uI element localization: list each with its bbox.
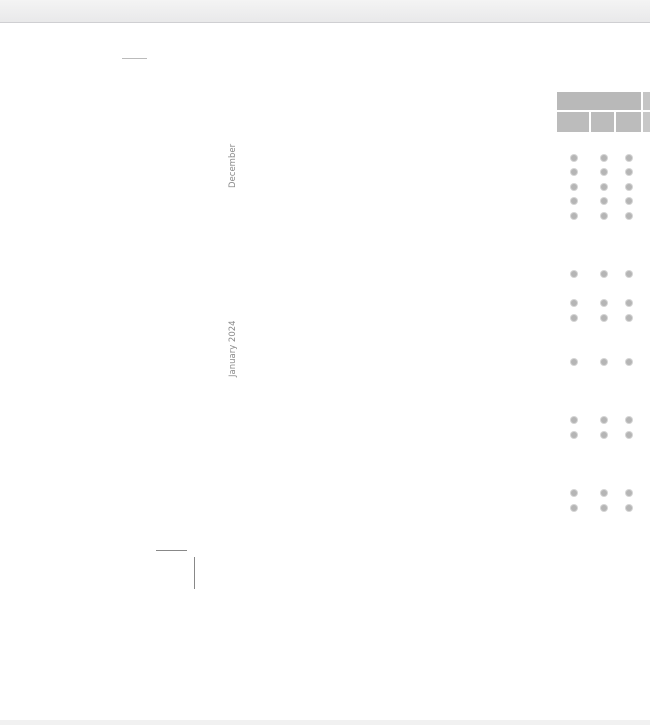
lkg-applicable-dot-icon bbox=[601, 271, 607, 277]
lkg-applicable-dot-icon bbox=[601, 505, 607, 511]
prekg-applicable-dot-icon bbox=[571, 198, 577, 204]
table-row bbox=[0, 327, 650, 342]
table-row bbox=[0, 472, 650, 487]
ukg-applicable-dot-icon bbox=[626, 432, 632, 438]
table-row bbox=[0, 429, 650, 444]
lkg-applicable-dot-icon bbox=[601, 315, 607, 321]
class-header-lkg bbox=[591, 112, 614, 132]
prekg-applicable-dot-icon bbox=[571, 505, 577, 511]
lkg-applicable-dot-icon bbox=[601, 417, 607, 423]
prekg-applicable-dot-icon bbox=[571, 315, 577, 321]
table-row bbox=[0, 297, 650, 312]
class-header-ukg bbox=[616, 112, 641, 132]
school-stamp bbox=[385, 518, 515, 648]
prekg-applicable-dot-icon bbox=[571, 432, 577, 438]
prekg-applicable-dot-icon bbox=[571, 169, 577, 175]
ukg-applicable-dot-icon bbox=[626, 300, 632, 306]
table-row bbox=[0, 283, 650, 298]
table-row bbox=[0, 268, 650, 283]
table-row bbox=[0, 225, 650, 254]
ukg-applicable-dot-icon bbox=[626, 184, 632, 190]
table-row bbox=[0, 414, 650, 429]
kindergarten-header bbox=[557, 92, 650, 132]
ukg-applicable-dot-icon bbox=[626, 198, 632, 204]
ukg-applicable-dot-icon bbox=[626, 213, 632, 219]
table-row bbox=[0, 210, 650, 225]
lkg-applicable-dot-icon bbox=[601, 155, 607, 161]
lkg-applicable-dot-icon bbox=[601, 213, 607, 219]
table-row bbox=[0, 487, 650, 502]
table-row bbox=[0, 312, 650, 327]
prekg-applicable-dot-icon bbox=[571, 155, 577, 161]
crop-mark-vertical bbox=[194, 557, 195, 589]
class-header-prekg bbox=[557, 112, 589, 132]
table-row bbox=[0, 341, 650, 356]
lkg-applicable-dot-icon bbox=[601, 169, 607, 175]
prekg-applicable-dot-icon bbox=[571, 213, 577, 219]
table-row bbox=[0, 181, 650, 196]
table-row bbox=[0, 254, 650, 269]
month-label: January 2024 bbox=[228, 320, 238, 377]
next-group-header-edge bbox=[643, 92, 650, 110]
lkg-applicable-dot-icon bbox=[601, 198, 607, 204]
prekg-applicable-dot-icon bbox=[571, 359, 577, 365]
ukg-applicable-dot-icon bbox=[626, 490, 632, 496]
table-row bbox=[0, 458, 650, 473]
table-row bbox=[0, 370, 650, 399]
prekg-applicable-dot-icon bbox=[571, 184, 577, 190]
prekg-applicable-dot-icon bbox=[571, 417, 577, 423]
table-row bbox=[0, 443, 650, 458]
ukg-applicable-dot-icon bbox=[626, 271, 632, 277]
table-row bbox=[0, 502, 650, 517]
table-row bbox=[0, 152, 650, 167]
table-row bbox=[0, 137, 650, 152]
crop-mark-horizontal bbox=[156, 550, 187, 551]
scan-mark bbox=[122, 58, 147, 59]
ukg-applicable-dot-icon bbox=[626, 359, 632, 365]
next-class-header-edge bbox=[643, 112, 650, 132]
lkg-applicable-dot-icon bbox=[601, 432, 607, 438]
table-row bbox=[0, 399, 650, 414]
lkg-applicable-dot-icon bbox=[601, 490, 607, 496]
scan-top-edge bbox=[0, 0, 650, 23]
scan-bottom-edge bbox=[0, 720, 650, 725]
stamp-seal-icon bbox=[385, 518, 515, 648]
month-label: December bbox=[228, 144, 238, 188]
ukg-applicable-dot-icon bbox=[626, 505, 632, 511]
prekg-applicable-dot-icon bbox=[571, 490, 577, 496]
lkg-applicable-dot-icon bbox=[601, 184, 607, 190]
kindergarten-title bbox=[557, 92, 641, 110]
ukg-applicable-dot-icon bbox=[626, 155, 632, 161]
table-row bbox=[0, 166, 650, 181]
prekg-applicable-dot-icon bbox=[571, 300, 577, 306]
prekg-applicable-dot-icon bbox=[571, 271, 577, 277]
lkg-applicable-dot-icon bbox=[601, 359, 607, 365]
table-row bbox=[0, 195, 650, 210]
lkg-applicable-dot-icon bbox=[601, 300, 607, 306]
table-row bbox=[0, 356, 650, 371]
ukg-applicable-dot-icon bbox=[626, 315, 632, 321]
ukg-applicable-dot-icon bbox=[626, 417, 632, 423]
ukg-applicable-dot-icon bbox=[626, 169, 632, 175]
